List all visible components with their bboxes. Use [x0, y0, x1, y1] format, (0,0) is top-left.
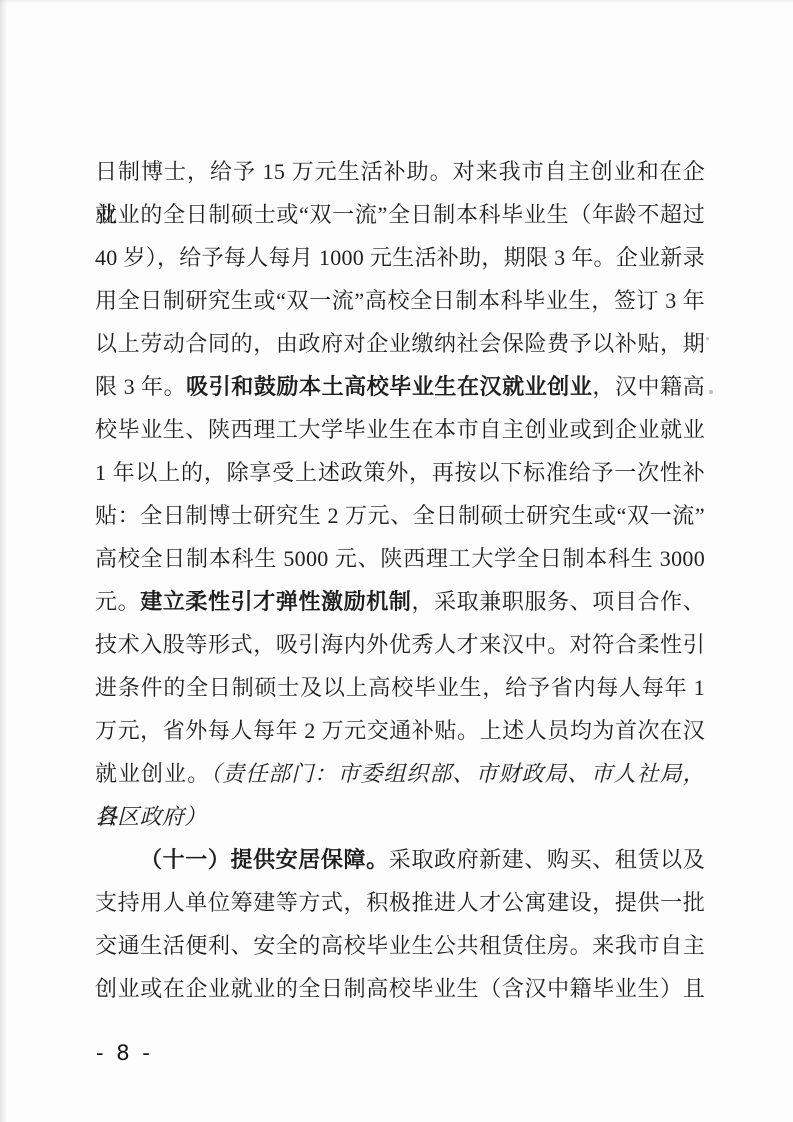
text-segment-song: 以上劳动合同的，由政府对企业缴纳社会保险费予以补贴，期 [95, 331, 705, 356]
text-line: 县区政府） [95, 795, 705, 838]
text-segment-song: 交通生活便利、安全的高校毕业生公共租赁住房。来我市自主 [95, 933, 705, 958]
text-line: 交通生活便利、安全的高校毕业生公共租赁住房。来我市自主 [95, 924, 705, 967]
text-line: 1 年以上的，除享受上述政策外，再按以下标准给予一次性补 [95, 451, 705, 494]
text-segment-song: 就业的全日制硕士或“双一流”全日制本科毕业生（年龄不超过 [95, 202, 705, 227]
text-segment-song: 采取政府新建、购买、租赁以及 [389, 847, 705, 872]
text-segment-song: 万元，省外每人每年 2 万元交通补贴。上述人员均为首次在汉 [95, 718, 705, 743]
text-segment-song: 1 年以上的，除享受上述政策外，再按以下标准给予一次性补 [95, 460, 705, 485]
text-line: 元。建立柔性引才弹性激励机制，采取兼职服务、项目合作、 [95, 580, 705, 623]
text-segment-song: 元。 [95, 589, 140, 614]
text-line: 就业的全日制硕士或“双一流”全日制本科毕业生（年龄不超过 [95, 193, 705, 236]
text-segment-song: 创业或在企业就业的全日制高校毕业生（含汉中籍毕业生）且 [95, 976, 705, 1001]
text-line: 万元，省外每人每年 2 万元交通补贴。上述人员均为首次在汉 [95, 709, 705, 752]
scan-speck [709, 390, 713, 394]
text-segment-bold: 建立柔性引才弹性激励机制 [140, 589, 411, 614]
text-line: 贴：全日制博士研究生 2 万元、全日制硕士研究生或“双一流” [95, 494, 705, 537]
document-page: 日制博士，给予 15 万元生活补助。对来我市自主创业和在企业就业的全日制硕士或“… [0, 0, 793, 1122]
text-segment-kai: 县区政府） [95, 804, 207, 829]
text-segment-bold: 吸引和鼓励本土高校毕业生在汉就业创业 [186, 374, 592, 399]
text-line: 技术入股等形式，吸引海内外优秀人才来汉中。对符合柔性引 [95, 623, 705, 666]
scan-edge-shadow-left [0, 0, 7, 1122]
text-line: 就业创业。（责任部门：市委组织部、市财政局、市人社局，各 [95, 752, 705, 795]
text-segment-song: ，采取兼职服务、项目合作、 [411, 589, 705, 614]
text-line: 40 岁），给予每人每月 1000 元生活补助，期限 3 年。企业新录 [95, 236, 705, 279]
scan-speck [706, 337, 709, 340]
text-segment-song: 限 3 年。 [95, 374, 186, 399]
text-line: 创业或在企业就业的全日制高校毕业生（含汉中籍毕业生）且 [95, 967, 705, 1010]
text-line: 以上劳动合同的，由政府对企业缴纳社会保险费予以补贴，期 [95, 322, 705, 365]
text-segment-song: 用全日制研究生或“双一流”高校全日制本科毕业生，签订 3 年 [95, 288, 705, 313]
text-line: 校毕业生、陕西理工大学毕业生在本市自主创业或到企业就业 [95, 408, 705, 451]
text-segment-song: 进条件的全日制硕士及以上高校毕业生，给予省内每人每年 1 [95, 675, 705, 700]
scan-edge-shadow-top [0, 0, 793, 4]
page-number: - 8 - [96, 1038, 153, 1068]
text-segment-song: 支持用人单位筹建等方式，积极推进人才公寓建设，提供一批 [95, 890, 705, 915]
text-line: 支持用人单位筹建等方式，积极推进人才公寓建设，提供一批 [95, 881, 705, 924]
text-line: 日制博士，给予 15 万元生活补助。对来我市自主创业和在企业 [95, 150, 705, 193]
text-line: 进条件的全日制硕士及以上高校毕业生，给予省内每人每年 1 [95, 666, 705, 709]
text-line: 用全日制研究生或“双一流”高校全日制本科毕业生，签订 3 年 [95, 279, 705, 322]
text-segment-song: 技术入股等形式，吸引海内外优秀人才来汉中。对符合柔性引 [95, 632, 705, 657]
text-line: （十一）提供安居保障。采取政府新建、购买、租赁以及 [95, 838, 705, 881]
text-line: 高校全日制本科生 5000 元、陕西理工大学全日制本科生 3000 [95, 537, 705, 580]
text-segment-bold: （十一）提供安居保障。 [140, 847, 389, 872]
text-segment-song: 校毕业生、陕西理工大学毕业生在本市自主创业或到企业就业 [95, 417, 705, 442]
text-segment-song: 就业创业。 [95, 761, 210, 786]
text-segment-song: 高校全日制本科生 5000 元、陕西理工大学全日制本科生 3000 [95, 546, 705, 571]
text-segment-song: ，汉中籍高 [592, 374, 705, 399]
text-line: 限 3 年。吸引和鼓励本土高校毕业生在汉就业创业，汉中籍高 [95, 365, 705, 408]
text-segment-song: 贴：全日制博士研究生 2 万元、全日制硕士研究生或“双一流” [95, 503, 705, 528]
text-segment-song: 40 岁），给予每人每月 1000 元生活补助，期限 3 年。企业新录 [95, 245, 705, 270]
document-body: 日制博士，给予 15 万元生活补助。对来我市自主创业和在企业就业的全日制硕士或“… [95, 150, 705, 1010]
